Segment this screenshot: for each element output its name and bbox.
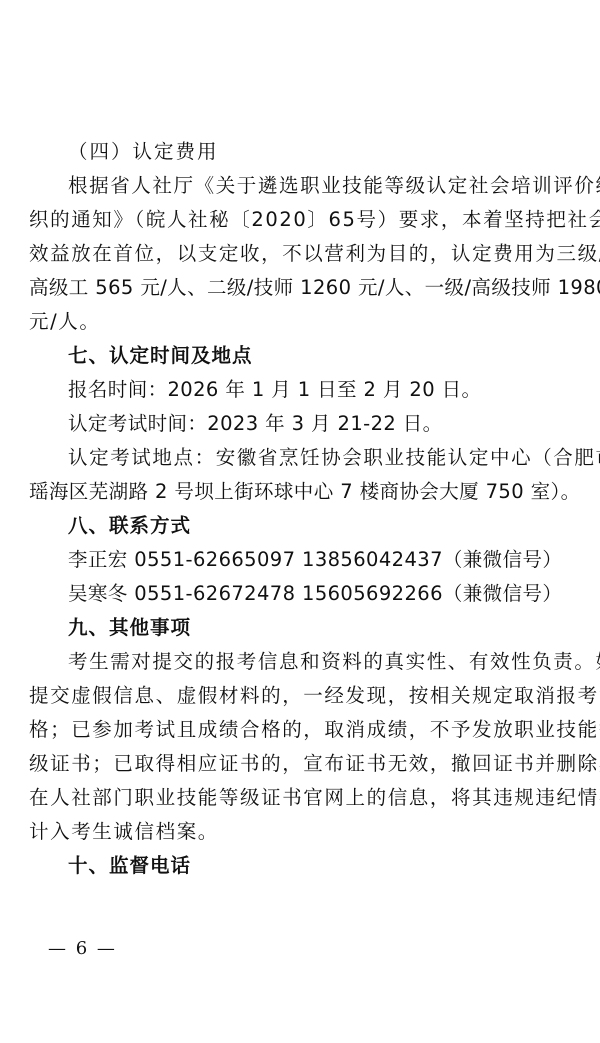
fee-paragraph-line: 根据省人社厅《关于遴选职业技能等级认定社会培训评价组	[68, 171, 574, 201]
other-matters-line: 计入考生诚信档案。	[29, 817, 574, 847]
contact-line: 吴寒冬 0551-62672478 15605692266（兼微信号）	[68, 579, 574, 609]
section-7-heading: 七、认定时间及地点	[68, 341, 574, 371]
page-number: — 6 —	[48, 938, 117, 959]
fee-paragraph-line: 效益放在首位，以支定收，不以营利为目的，认定费用为三级/	[29, 239, 574, 269]
exam-location-line: 瑶海区芜湖路 2 号坝上街环球中心 7 楼商协会大厦 750 室）。	[29, 477, 574, 507]
other-matters-line: 考生需对提交的报考信息和资料的真实性、有效性负责。如	[68, 647, 574, 677]
fee-paragraph-line: 织的通知》（皖人社秘〔2020〕65号）要求，本着坚持把社会	[29, 205, 574, 235]
section-8-heading: 八、联系方式	[68, 511, 574, 541]
fee-paragraph-line: 高级工 565 元/人、二级/技师 1260 元/人、一级/高级技师 1980	[29, 273, 574, 303]
fee-paragraph-line: 元/人。	[29, 307, 574, 337]
section-9-heading: 九、其他事项	[68, 613, 574, 643]
exam-location-line: 认定考试地点：安徽省烹饪协会职业技能认定中心（合肥市	[68, 443, 574, 473]
other-matters-line: 提交虚假信息、虚假材料的，一经发现，按相关规定取消报考资	[29, 681, 574, 711]
other-matters-line: 级证书；已取得相应证书的，宣布证书无效，撤回证书并删除其	[29, 749, 574, 779]
fee-subheading: （四）认定费用	[68, 137, 574, 167]
section-10-heading: 十、监督电话	[68, 851, 574, 881]
other-matters-line: 格；已参加考试且成绩合格的，取消成绩，不予发放职业技能等	[29, 715, 574, 745]
contact-line: 李正宏 0551-62665097 13856042437（兼微信号）	[68, 545, 574, 575]
registration-time: 报名时间：2026 年 1 月 1 日至 2 月 20 日。	[68, 375, 574, 405]
exam-time: 认定考试时间：2023 年 3 月 21-22 日。	[68, 409, 574, 439]
other-matters-line: 在人社部门职业技能等级证书官网上的信息，将其违规违纪情况	[29, 783, 574, 813]
